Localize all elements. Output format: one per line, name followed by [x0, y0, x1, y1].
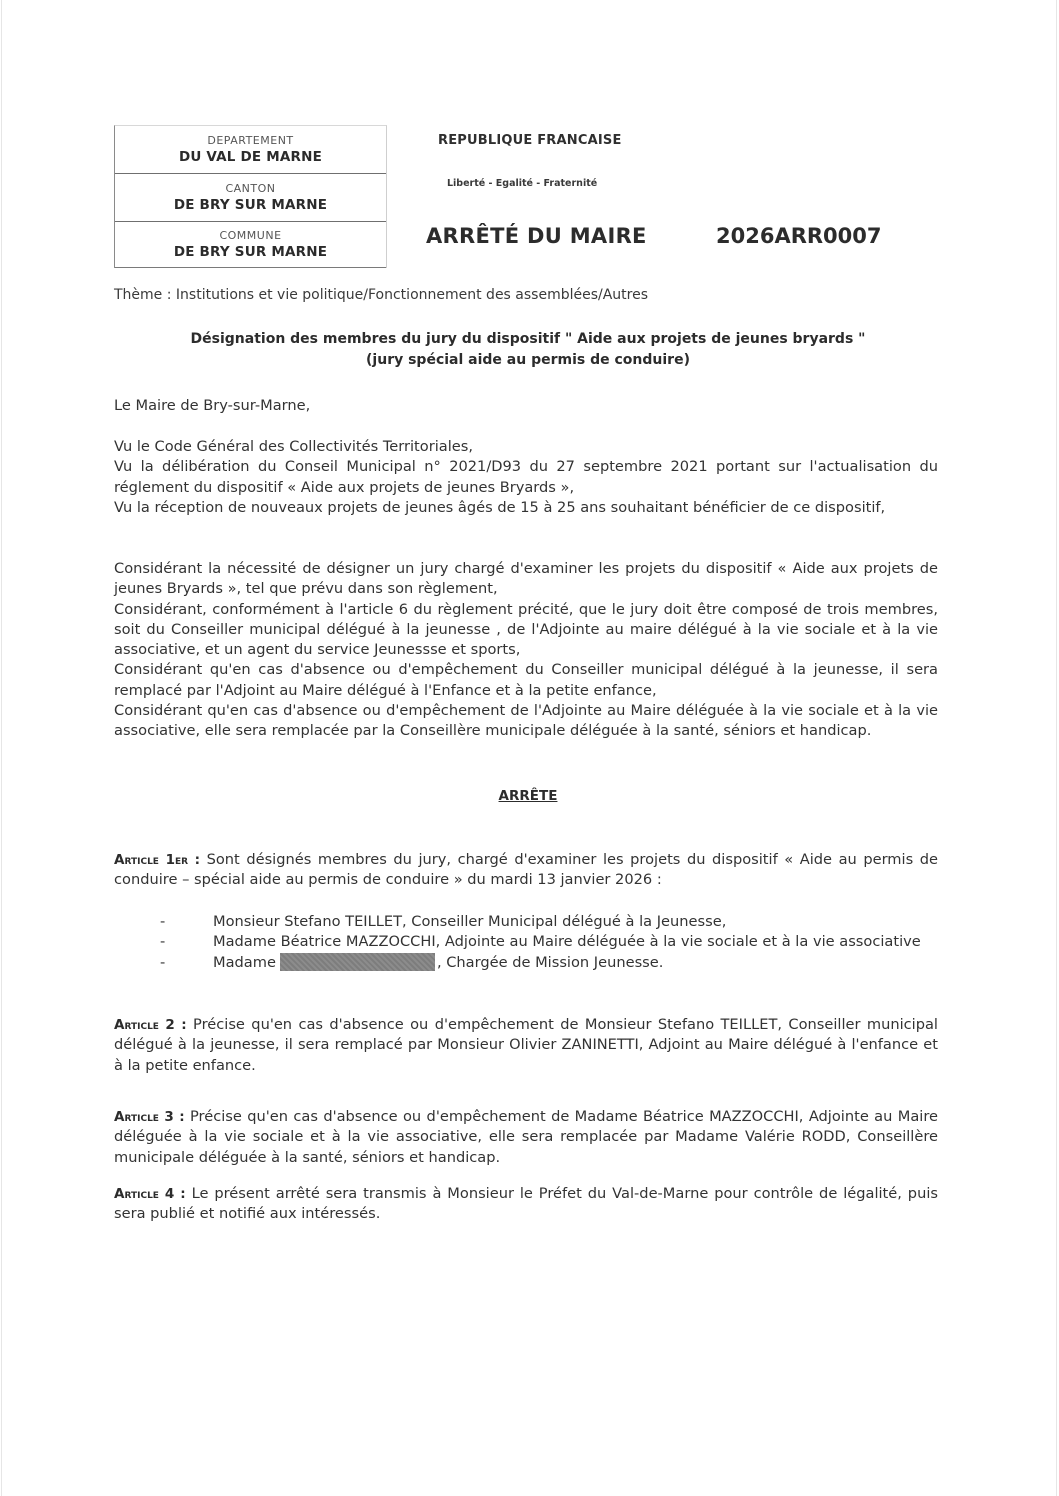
list-item: - Madame, Chargée de Mission Jeunesse.: [160, 953, 940, 973]
document-page: DEPARTEMENT DU VAL DE MARNE CANTON DE BR…: [0, 0, 1059, 1496]
article-2: Article 2 : Précise qu'en cas d'absence …: [114, 1015, 938, 1076]
considerants-section: Considérant la nécessité de désigner un …: [114, 559, 938, 742]
list-item: - Madame Béatrice MAZZOCCHI, Adjointe au…: [160, 932, 940, 952]
reference-number: 2026ARR0007: [716, 224, 882, 248]
article-4: Article 4 : Le présent arrêté sera trans…: [114, 1184, 938, 1225]
article-1-label: Article 1er :: [114, 852, 200, 868]
considerant-item: Considérant la nécessité de désigner un …: [114, 559, 938, 600]
article-2-label: Article 2 :: [114, 1017, 187, 1033]
republic-motto: Liberté - Egalité - Fraternité: [447, 178, 597, 189]
list-dash: -: [160, 953, 165, 973]
commune-value: DE BRY SUR MARNE: [115, 243, 386, 261]
subject-heading: Désignation des membres du jury du dispo…: [114, 329, 942, 371]
mayor-text: Le Maire de Bry-sur-Marne,: [114, 396, 938, 416]
member-text: Monsieur Stefano TEILLET, Conseiller Mun…: [213, 913, 726, 930]
visa-item: Vu la réception de nouveaux projets de j…: [114, 498, 938, 518]
article-4-text: Le présent arrêté sera transmis à Monsie…: [114, 1185, 938, 1222]
article-4-label: Article 4 :: [114, 1186, 186, 1202]
jury-members-list: - Monsieur Stefano TEILLET, Conseiller M…: [160, 912, 940, 973]
subject-line-1: Désignation des membres du jury du dispo…: [114, 329, 942, 350]
considerant-item: Considérant qu'en cas d'absence ou d'emp…: [114, 660, 938, 701]
article-1-text: Sont désignés membres du jury, chargé d'…: [114, 851, 938, 888]
list-dash: -: [160, 912, 165, 932]
arrete-heading: ARRÊTE: [114, 788, 942, 804]
member-text: Madame Béatrice MAZZOCCHI, Adjointe au M…: [213, 933, 921, 950]
canton-value: DE BRY SUR MARNE: [115, 196, 386, 214]
department-value: DU VAL DE MARNE: [115, 148, 386, 166]
department-label: DEPARTEMENT: [115, 134, 386, 148]
article-3-label: Article 3 :: [114, 1109, 185, 1125]
commune-label: COMMUNE: [115, 229, 386, 243]
page-right-edge: [1056, 0, 1057, 1496]
article-3-text: Précise qu'en cas d'absence ou d'empêche…: [114, 1108, 938, 1166]
theme-line: Thème : Institutions et vie politique/Fo…: [114, 287, 648, 303]
article-2-text: Précise qu'en cas d'absence ou d'empêche…: [114, 1016, 938, 1074]
article-1: Article 1er : Sont désignés membres du j…: [114, 850, 938, 891]
republic-title: REPUBLIQUE FRANCAISE: [438, 133, 622, 148]
visas-section: Vu le Code Général des Collectivités Ter…: [114, 437, 938, 518]
considerant-item: Considérant qu'en cas d'absence ou d'emp…: [114, 701, 938, 742]
member-suffix: , Chargée de Mission Jeunesse.: [437, 954, 663, 971]
visa-item: Vu le Code Général des Collectivités Ter…: [114, 437, 938, 457]
member-prefix: Madame: [213, 954, 276, 971]
mayor-line: Le Maire de Bry-sur-Marne,: [114, 396, 938, 416]
subject-line-2: (jury spécial aide au permis de conduire…: [114, 350, 942, 371]
commune-row: COMMUNE DE BRY SUR MARNE: [115, 222, 386, 268]
administrative-header-box: DEPARTEMENT DU VAL DE MARNE CANTON DE BR…: [114, 125, 387, 268]
article-3: Article 3 : Précise qu'en cas d'absence …: [114, 1107, 938, 1168]
list-dash: -: [160, 932, 165, 952]
considerant-item: Considérant, conformément à l'article 6 …: [114, 600, 938, 661]
department-row: DEPARTEMENT DU VAL DE MARNE: [115, 126, 386, 174]
visa-item: Vu la délibération du Conseil Municipal …: [114, 457, 938, 498]
canton-label: CANTON: [115, 182, 386, 196]
canton-row: CANTON DE BRY SUR MARNE: [115, 174, 386, 222]
document-title: ARRÊTÉ DU MAIRE: [426, 224, 647, 248]
page-left-edge: [1, 0, 2, 1496]
list-item: - Monsieur Stefano TEILLET, Conseiller M…: [160, 912, 940, 932]
redacted-name-block: [280, 953, 435, 971]
